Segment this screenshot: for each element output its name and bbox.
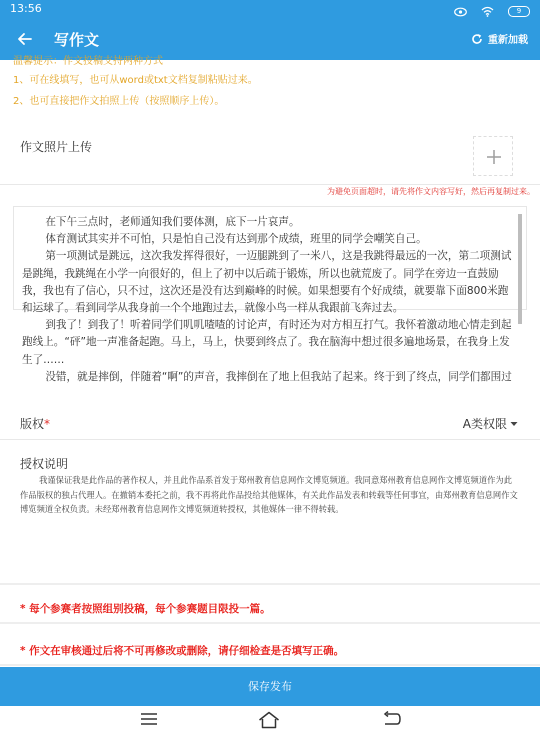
back-icon[interactable] [382, 711, 402, 731]
photo-upload-label: 作文照片上传 [20, 138, 92, 155]
notice-text: * 每个参赛者按照组别投稿，每个参赛题目限投一篇。 [20, 601, 271, 616]
timeout-warning: 为避免页面超时，请先将作文内容写好，然后再复制过来。 [327, 186, 535, 197]
essay-paragraph: 没错，就是摔倒，伴随着“啊”的声音，我摔倒在了地上但我站了起来。终于到了终点，同… [22, 369, 512, 386]
notice-no-edit-after-review: * 作文在审核通过后将不可再修改或删除，请仔细检查是否填写正确。 [0, 632, 540, 666]
status-bar: 13:56 9 [0, 0, 540, 18]
refresh-icon [471, 33, 483, 45]
essay-textarea[interactable]: 在下午三点时，老师通知我们要体测，底下一片哀声。 体育测试其实并不可怕，只是怕自… [13, 206, 527, 310]
rights-label-text: 版权 [20, 417, 44, 431]
battery-level: 9 [517, 7, 521, 15]
rights-select[interactable]: A类权限 [463, 415, 518, 432]
tip-heading: 温馨提示：作文投稿支持两种方式 [13, 55, 163, 68]
notice-text: * 作文在审核通过后将不可再修改或删除，请仔细检查是否填写正确。 [20, 643, 344, 658]
authorization-body: 我谨保证我是此作品的著作权人，并且此作品系首发于郑州教育信息网作文博览频道。我同… [20, 473, 520, 517]
required-mark: * [44, 417, 50, 431]
essay-paragraph: 在下午三点时，老师通知我们要体测，底下一片哀声。 [22, 214, 512, 231]
essay-scrollbar[interactable] [518, 214, 522, 324]
essay-paragraph: 第一项测试是跳远，这次我发挥得很好，一迈腿跳到了一米八，这是我跳得最远的一次，第… [22, 248, 512, 317]
photo-upload-row: 作文照片上传 [0, 130, 540, 185]
essay-paragraph: 到我了！到我了！听着同学们叽叽喳喳的讨论声，有时还为对方相互打气。我怀着激动地心… [22, 317, 512, 369]
tip-line-1: 1、可在线填写，也可从word或txt文档复制粘贴过来。 [13, 74, 258, 87]
authorization-title: 授权说明 [20, 455, 68, 472]
notice-one-per-topic: * 每个参赛者按照组别投稿，每个参赛题目限投一篇。 [0, 590, 540, 624]
authorization-section: 授权说明 我谨保证我是此作品的著作权人，并且此作品系首发于郑州教育信息网作文博览… [0, 440, 540, 585]
arrow-left-icon [14, 28, 36, 50]
app-bar: 写作文 重新加载 [0, 18, 540, 60]
status-time: 13:56 [10, 2, 42, 15]
essay-paragraph: 体育测试其实并不可怕，只是怕自己没有达到那个成绩，班里的同学会嘲笑自己。 [22, 231, 512, 248]
essay-content: 在下午三点时，老师通知我们要体测，底下一片哀声。 体育测试其实并不可怕，只是怕自… [22, 214, 512, 386]
rights-row: 版权* A类权限 [0, 405, 540, 440]
add-photo-button[interactable] [473, 136, 513, 176]
back-button[interactable] [14, 28, 36, 50]
reload-button[interactable]: 重新加载 [471, 31, 528, 46]
reload-label: 重新加载 [488, 31, 528, 46]
caret-down-icon [510, 421, 518, 427]
menu-icon[interactable] [140, 711, 158, 731]
plus-icon [486, 149, 502, 165]
rights-selected-value: A类权限 [463, 415, 507, 432]
battery-icon: 9 [508, 6, 530, 17]
save-publish-button[interactable]: 保存发布 [0, 667, 540, 706]
page-title: 写作文 [54, 29, 99, 50]
tip-line-2: 2、也可直接把作文拍照上传（按照顺序上传）。 [13, 95, 224, 108]
system-nav-bar [0, 706, 540, 734]
home-icon[interactable] [258, 711, 280, 733]
rights-label: 版权* [20, 415, 50, 432]
